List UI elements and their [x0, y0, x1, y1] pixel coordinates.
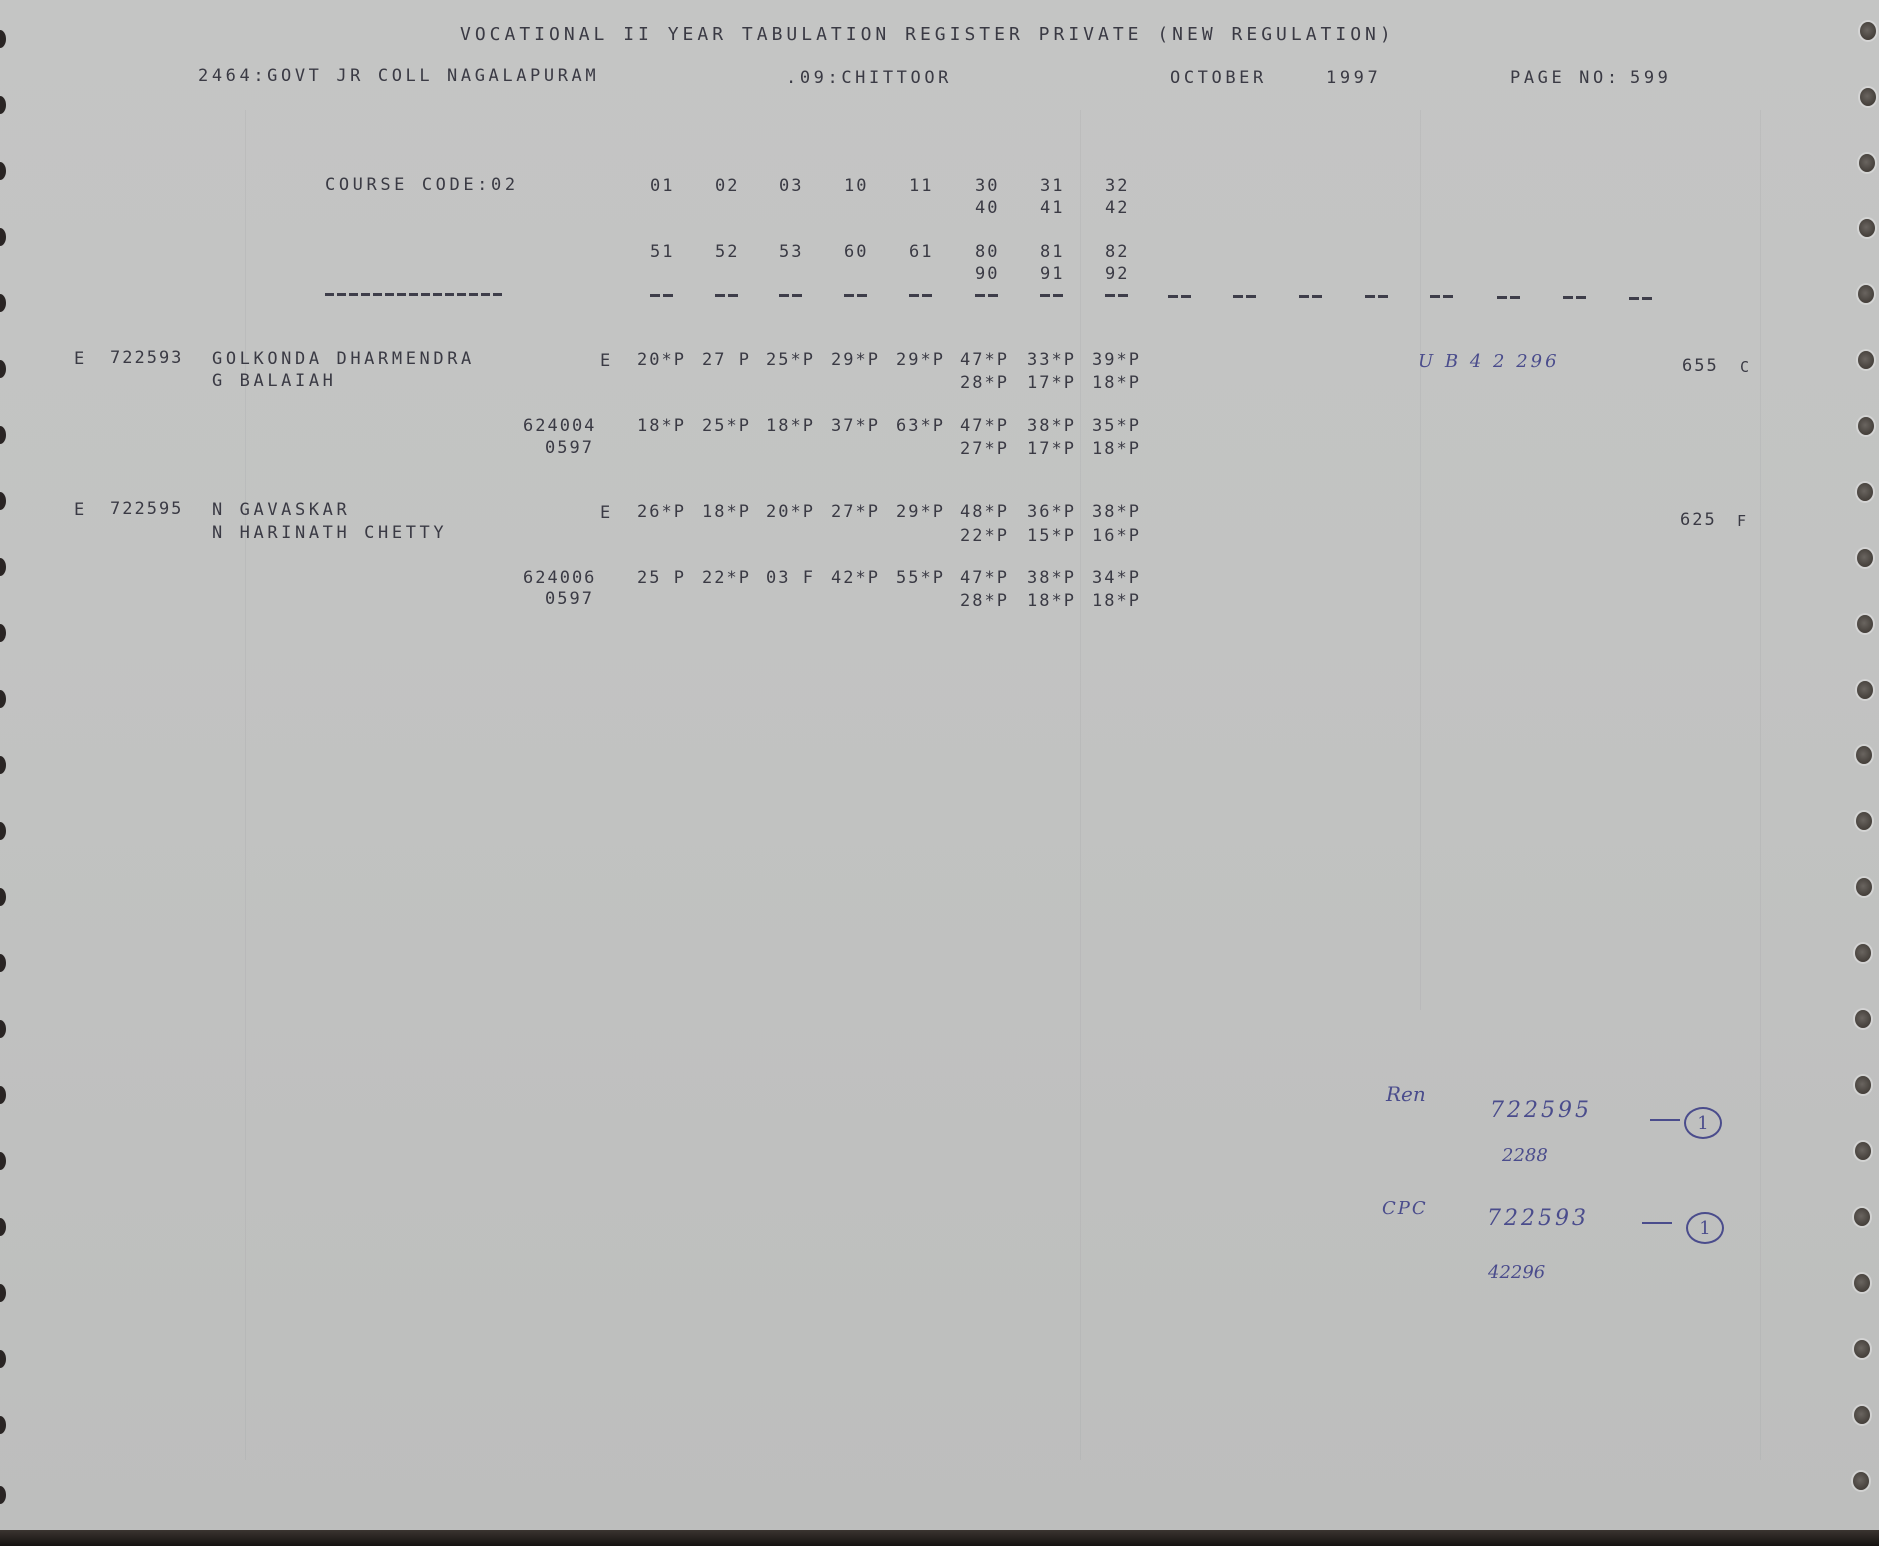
mark-cell: 29*P	[896, 352, 945, 369]
mark-cell: 42*P	[831, 570, 880, 587]
mark-cell: 27*P	[960, 441, 1009, 458]
code-sub: 0597	[545, 440, 594, 457]
subject-code: 42	[1105, 200, 1129, 217]
separator-dash	[1430, 295, 1454, 298]
perforation-hole	[0, 822, 6, 840]
perforation-hole	[0, 690, 6, 708]
mark-cell: 27 P	[702, 352, 751, 369]
perforation-hole	[0, 558, 6, 576]
bleed-through-rule	[1420, 110, 1421, 1010]
annotation-number: 722595	[1490, 1100, 1592, 1122]
mark-cell: 20*P	[766, 504, 815, 521]
category: E	[74, 502, 88, 519]
mark-cell: 18*P	[1092, 593, 1141, 610]
mark-cell: 47*P	[960, 418, 1009, 435]
perforation-hole	[1856, 812, 1872, 830]
total-marks: 625	[1680, 512, 1717, 529]
subject-code: 82	[1105, 244, 1129, 261]
perforation-hole	[1857, 681, 1873, 699]
perforation-hole	[0, 492, 6, 510]
separator-dash	[975, 294, 999, 297]
bleed-through-rule	[1760, 110, 1761, 1460]
perforation-hole	[0, 228, 6, 246]
perforation-hole	[0, 1152, 6, 1170]
mark-cell: 18*P	[702, 504, 751, 521]
perforation-hole	[0, 1218, 6, 1236]
perforation-hole	[1858, 285, 1874, 303]
mark-cell: 17*P	[1027, 375, 1076, 392]
tabulation-register-sheet: VOCATIONAL II YEAR TABULATION REGISTER P…	[0, 0, 1879, 1530]
handwritten-note: U B 4 2 296	[1418, 353, 1560, 371]
mark-cell: 38*P	[1092, 504, 1141, 521]
mark-cell: 35*P	[1092, 418, 1141, 435]
mark-cell: 29*P	[896, 504, 945, 521]
annotation-prefix: Ren	[1386, 1084, 1426, 1104]
subject-code: 80	[975, 244, 999, 261]
exam-year: 1997	[1326, 70, 1381, 87]
mark-cell: 47*P	[960, 570, 1009, 587]
course-code-label: COURSE CODE:02	[325, 177, 519, 194]
perforation-hole	[0, 1086, 6, 1104]
perforation-hole	[0, 30, 6, 48]
perforation-hole	[0, 1486, 6, 1504]
mark-cell: 37*P	[831, 418, 880, 435]
mark-cell: 39*P	[1092, 352, 1141, 369]
exam-month: OCTOBER	[1170, 70, 1267, 87]
perforation-hole	[0, 162, 6, 180]
perforation-hole	[1855, 1076, 1871, 1094]
mark-cell: 22*P	[702, 570, 751, 587]
page-number: 599	[1630, 70, 1672, 87]
perforation-hole	[0, 888, 6, 906]
result-code: C	[1740, 360, 1753, 375]
separator-dash	[715, 294, 739, 297]
student-name: N GAVASKAR	[212, 502, 350, 519]
mark-cell: 25 P	[637, 570, 686, 587]
annotation-sub: 42296	[1488, 1264, 1545, 1282]
medium: E	[600, 505, 614, 522]
mark-cell: 47*P	[960, 352, 1009, 369]
perforation-hole	[0, 1416, 6, 1434]
perforation-hole	[1859, 219, 1875, 237]
perforation-hole	[1857, 483, 1873, 501]
roll-number: 722593	[110, 350, 183, 367]
separator-dash	[844, 294, 868, 297]
subject-code: 53	[779, 244, 803, 261]
mark-cell: 18*P	[637, 418, 686, 435]
separator-dash	[1629, 297, 1653, 300]
separator-dash	[1105, 294, 1129, 297]
result-code: F	[1737, 514, 1750, 529]
perforation-hole	[0, 96, 6, 114]
perforation-hole	[1857, 549, 1873, 567]
mark-cell: 26*P	[637, 504, 686, 521]
separator-dash	[1168, 295, 1192, 298]
table-edge-shadow	[0, 1530, 1879, 1546]
father-name: G BALAIAH	[212, 373, 337, 390]
perforation-hole	[0, 294, 6, 312]
mark-cell: 55*P	[896, 570, 945, 587]
perforation-hole	[1858, 351, 1874, 369]
mark-cell: 38*P	[1027, 570, 1076, 587]
perforation-hole	[1858, 417, 1874, 435]
mark-cell: 16*P	[1092, 528, 1141, 545]
subject-code: 40	[975, 200, 999, 217]
mark-cell: 38*P	[1027, 418, 1076, 435]
subject-code: 02	[715, 178, 739, 195]
subject-code: 01	[650, 178, 674, 195]
separator-dash	[1233, 295, 1257, 298]
code-id: 624006	[523, 570, 596, 587]
count-circle: 1	[1684, 1107, 1722, 1139]
separator-dash	[1365, 295, 1389, 298]
separator-line	[325, 293, 505, 296]
separator-dash	[1563, 296, 1587, 299]
dash-mark	[1650, 1119, 1680, 1121]
annotation-sub: 2288	[1502, 1147, 1548, 1165]
mark-cell: 17*P	[1027, 441, 1076, 458]
perforation-hole	[1854, 1406, 1870, 1424]
separator-dash	[779, 294, 803, 297]
mark-cell: 03 F	[766, 570, 815, 587]
mark-cell: 34*P	[1092, 570, 1141, 587]
separator-dash	[1299, 295, 1323, 298]
mark-cell: 25*P	[702, 418, 751, 435]
perforation-hole	[1856, 878, 1872, 896]
category: E	[74, 351, 88, 368]
father-name: N HARINATH CHETTY	[212, 525, 447, 542]
code-sub: 0597	[545, 591, 594, 608]
medium: E	[600, 353, 614, 370]
separator-dash	[909, 294, 933, 297]
perforation-hole	[1855, 1142, 1871, 1160]
annotation-number: 722593	[1487, 1208, 1589, 1230]
mark-cell: 18*P	[1092, 375, 1141, 392]
perforation-hole	[0, 1020, 6, 1038]
perforation-hole	[1859, 154, 1875, 172]
perforation-hole	[0, 426, 6, 444]
total-marks: 655	[1682, 358, 1719, 375]
subject-code: 81	[1040, 244, 1064, 261]
student-name: GOLKONDA DHARMENDRA	[212, 351, 475, 368]
perforation-hole	[0, 1350, 6, 1368]
perforation-hole	[1860, 22, 1876, 40]
mark-cell: 33*P	[1027, 352, 1076, 369]
perforation-hole	[1854, 1274, 1870, 1292]
code-id: 624004	[523, 418, 596, 435]
subject-code: 31	[1040, 178, 1064, 195]
district-name: .09:CHITTOOR	[786, 70, 952, 87]
subject-code: 92	[1105, 266, 1129, 283]
mark-cell: 15*P	[1027, 528, 1076, 545]
subject-code: 91	[1040, 266, 1064, 283]
bleed-through-rule	[1080, 110, 1081, 1460]
perforation-hole	[1854, 1208, 1870, 1226]
page-label: PAGE NO:	[1510, 70, 1621, 87]
mark-cell: 18*P	[766, 418, 815, 435]
mark-cell: 18*P	[1092, 441, 1141, 458]
mark-cell: 22*P	[960, 528, 1009, 545]
subject-code: 60	[844, 244, 868, 261]
mark-cell: 25*P	[766, 352, 815, 369]
mark-cell: 20*P	[637, 352, 686, 369]
mark-cell: 48*P	[960, 504, 1009, 521]
register-title: VOCATIONAL II YEAR TABULATION REGISTER P…	[460, 26, 1395, 44]
roll-number: 722595	[110, 501, 183, 518]
perforation-hole	[0, 954, 6, 972]
subject-code: 03	[779, 178, 803, 195]
dash-mark	[1642, 1222, 1672, 1224]
subject-code: 10	[844, 178, 868, 195]
subject-code: 52	[715, 244, 739, 261]
count-circle: 1	[1686, 1212, 1724, 1244]
bleed-through-rule	[245, 110, 246, 1460]
subject-code: 32	[1105, 178, 1129, 195]
subject-code: 51	[650, 244, 674, 261]
mark-cell: 36*P	[1027, 504, 1076, 521]
perforation-hole	[1856, 746, 1872, 764]
perforation-hole	[0, 1284, 6, 1302]
subject-code: 30	[975, 178, 999, 195]
separator-dash	[1497, 296, 1521, 299]
perforation-hole	[0, 756, 6, 774]
perforation-hole	[1854, 1340, 1870, 1358]
perforation-hole	[1855, 944, 1871, 962]
college-name: 2464:GOVT JR COLL NAGALAPURAM	[198, 68, 599, 85]
perforation-hole	[0, 624, 6, 642]
separator-dash	[1040, 294, 1064, 297]
annotation-prefix: CPC	[1382, 1200, 1428, 1218]
perforation-hole	[0, 360, 6, 378]
subject-code: 11	[909, 178, 933, 195]
subject-code: 61	[909, 244, 933, 261]
subject-code: 41	[1040, 200, 1064, 217]
perforation-hole	[1860, 88, 1876, 106]
mark-cell: 63*P	[896, 418, 945, 435]
subject-code: 90	[975, 266, 999, 283]
mark-cell: 28*P	[960, 593, 1009, 610]
perforation-hole	[1853, 1472, 1869, 1490]
mark-cell: 28*P	[960, 375, 1009, 392]
separator-dash	[650, 294, 674, 297]
perforation-hole	[1855, 1010, 1871, 1028]
mark-cell: 27*P	[831, 504, 880, 521]
mark-cell: 29*P	[831, 352, 880, 369]
mark-cell: 18*P	[1027, 593, 1076, 610]
perforation-hole	[1857, 615, 1873, 633]
